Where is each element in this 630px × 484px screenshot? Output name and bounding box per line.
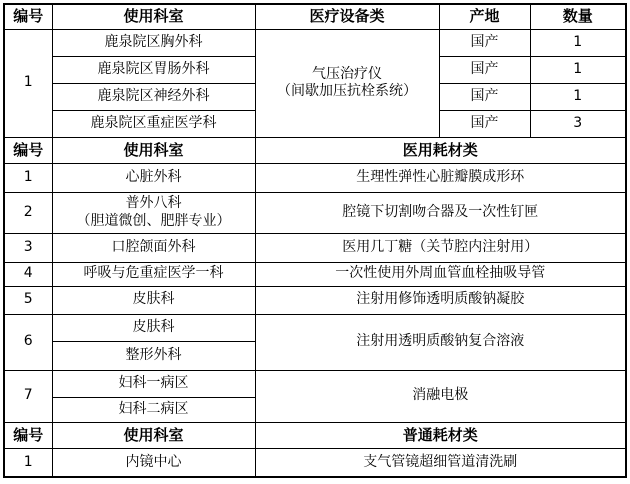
row-no-cell: 1: [4, 448, 52, 477]
table-row: 5 皮肤科 注射用修饰透明质酸钠凝胶: [4, 286, 626, 314]
table-row: 1 鹿泉院区胸外科 气压治疗仪 （间歇加压抗栓系统） 国产 1: [4, 29, 626, 56]
col-header-general-consumables: 普通耗材类: [255, 422, 626, 448]
origin-cell: 国产: [439, 56, 530, 83]
dept-cell: 妇科一病区: [52, 370, 255, 397]
table-row: 3 口腔颌面外科 医用几丁糖（关节腔内注射用）: [4, 233, 626, 262]
dept-cell: 心脏外科: [52, 163, 255, 192]
general-consumables-header-row: 编号 使用科室 普通耗材类: [4, 422, 626, 448]
col-header-medical-consumables: 医用耗材类: [255, 137, 626, 163]
item-cell: 生理性弹性心脏瓣膜成形环: [255, 163, 626, 192]
dept-cell: 皮肤科: [52, 286, 255, 314]
row-no-cell: 7: [4, 370, 52, 422]
table-row: 2 普外八科 （胆道微创、肥胖专业） 腔镜下切割吻合器及一次性钉匣: [4, 192, 626, 233]
row-no-cell: 3: [4, 233, 52, 262]
col-header-dept: 使用科室: [52, 137, 255, 163]
table-row: 1 心脏外科 生理性弹性心脏瓣膜成形环: [4, 163, 626, 192]
qty-cell: 3: [530, 110, 626, 137]
qty-cell: 1: [530, 56, 626, 83]
col-header-dept: 使用科室: [52, 4, 255, 29]
item-cell: 腔镜下切割吻合器及一次性钉匣: [255, 192, 626, 233]
origin-cell: 国产: [439, 29, 530, 56]
table-row: 6 皮肤科 注射用透明质酸钠复合溶液: [4, 314, 626, 341]
row-no-cell: 1: [4, 163, 52, 192]
row-no-cell: 4: [4, 262, 52, 286]
table-row: 4 呼吸与危重症医学一科 一次性使用外周血管血栓抽吸导管: [4, 262, 626, 286]
dept-cell: 整形外科: [52, 341, 255, 370]
col-header-origin: 产地: [439, 4, 530, 29]
col-header-equipment-category: 医疗设备类: [255, 4, 439, 29]
dept-cell: 妇科二病区: [52, 397, 255, 422]
col-header-no: 编号: [4, 137, 52, 163]
dept-cell: 呼吸与危重症医学一科: [52, 262, 255, 286]
item-cell: 消融电极: [255, 370, 626, 422]
origin-cell: 国产: [439, 110, 530, 137]
document-page: 编号 使用科室 医疗设备类 产地 数量 1 鹿泉院区胸外科 气压治疗仪 （间歇加…: [0, 0, 630, 484]
dept-cell: 皮肤科: [52, 314, 255, 341]
equipment-header-row: 编号 使用科室 医疗设备类 产地 数量: [4, 4, 626, 29]
item-cell: 支气管镜超细管道清洗刷: [255, 448, 626, 477]
item-cell: 一次性使用外周血管血栓抽吸导管: [255, 262, 626, 286]
qty-cell: 1: [530, 29, 626, 56]
row-no-cell: 1: [4, 29, 52, 137]
col-header-qty: 数量: [530, 4, 626, 29]
dept-cell: 鹿泉院区神经外科: [52, 83, 255, 110]
medical-consumables-header-row: 编号 使用科室 医用耗材类: [4, 137, 626, 163]
origin-cell: 国产: [439, 83, 530, 110]
item-cell: 注射用透明质酸钠复合溶液: [255, 314, 626, 370]
col-header-dept: 使用科室: [52, 422, 255, 448]
dept-cell: 内镜中心: [52, 448, 255, 477]
dept-cell: 普外八科 （胆道微创、肥胖专业）: [52, 192, 255, 233]
dept-cell: 鹿泉院区胸外科: [52, 29, 255, 56]
item-cell: 注射用修饰透明质酸钠凝胶: [255, 286, 626, 314]
table-row: 7 妇科一病区 消融电极: [4, 370, 626, 397]
table-row: 1 内镜中心 支气管镜超细管道清洗刷: [4, 448, 626, 477]
dept-cell: 鹿泉院区重症医学科: [52, 110, 255, 137]
qty-cell: 1: [530, 83, 626, 110]
row-no-cell: 2: [4, 192, 52, 233]
row-no-cell: 5: [4, 286, 52, 314]
dept-cell: 鹿泉院区胃肠外科: [52, 56, 255, 83]
col-header-no: 编号: [4, 422, 52, 448]
device-name-cell: 气压治疗仪 （间歇加压抗栓系统）: [255, 29, 439, 137]
procurement-table: 编号 使用科室 医疗设备类 产地 数量 1 鹿泉院区胸外科 气压治疗仪 （间歇加…: [3, 3, 627, 478]
col-header-no: 编号: [4, 4, 52, 29]
dept-cell: 口腔颌面外科: [52, 233, 255, 262]
row-no-cell: 6: [4, 314, 52, 370]
item-cell: 医用几丁糖（关节腔内注射用）: [255, 233, 626, 262]
